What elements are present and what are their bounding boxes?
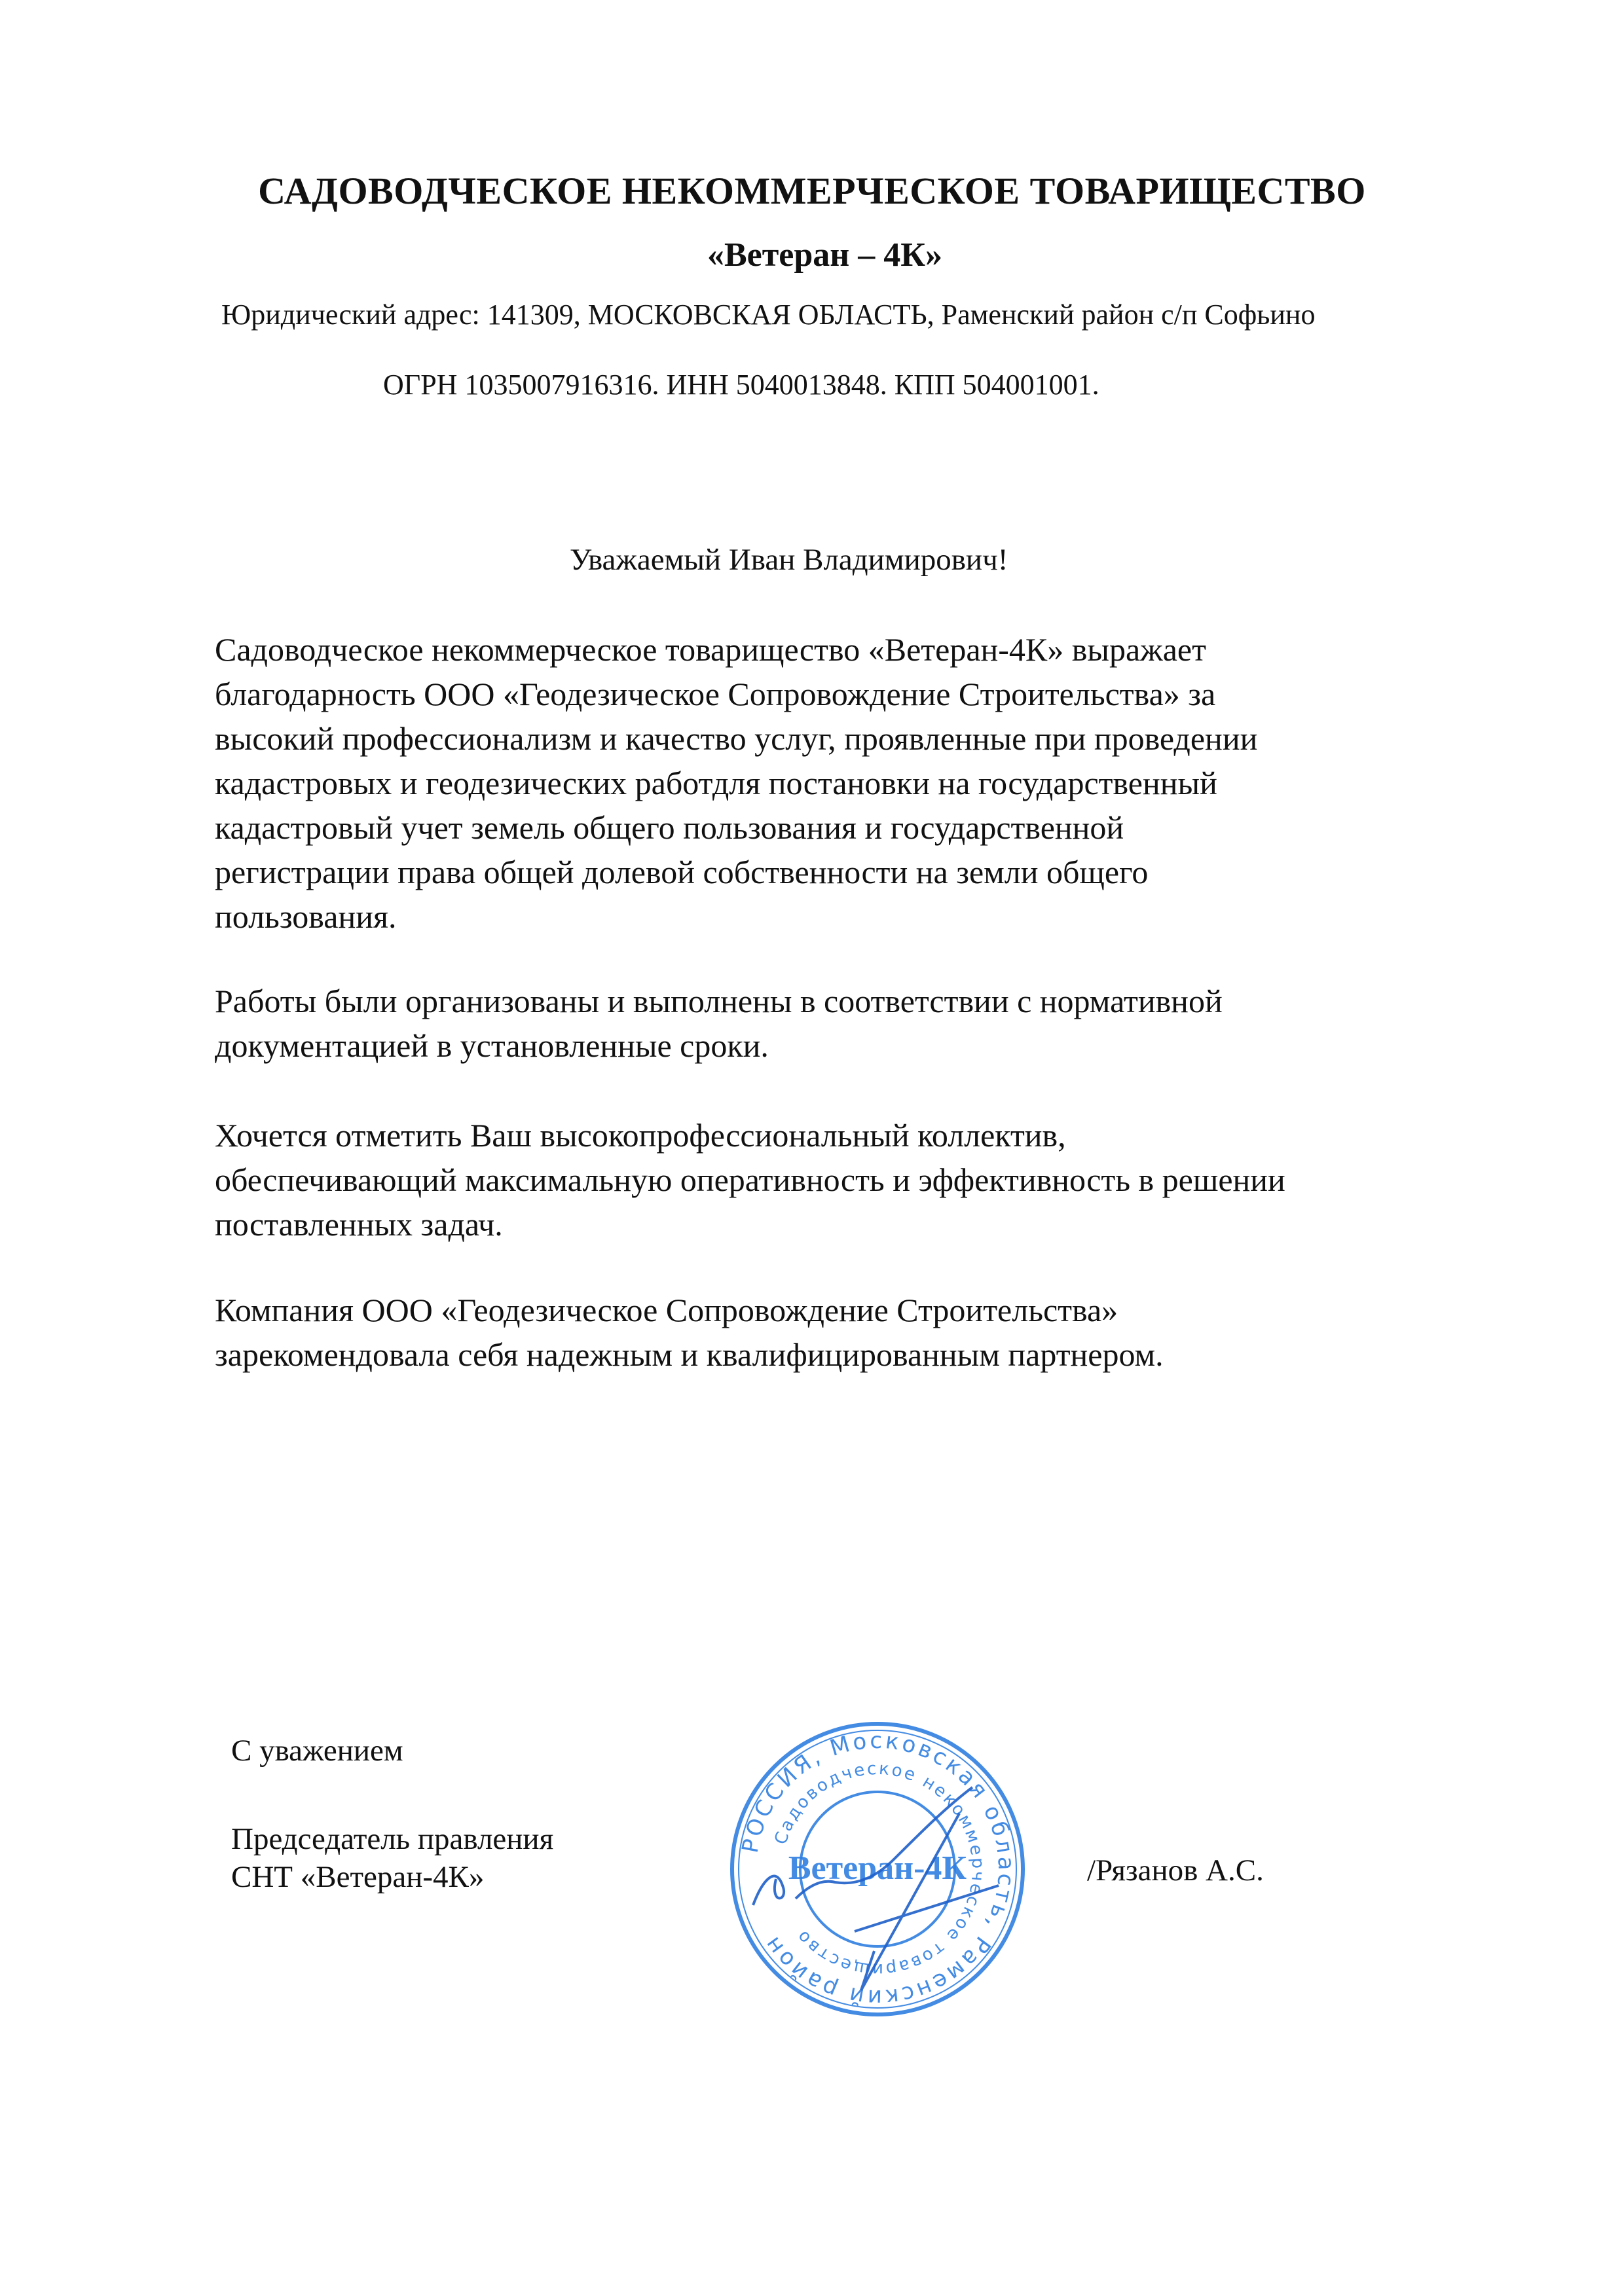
- text-line: кадастровых и геодезических работдля пос…: [215, 761, 1257, 805]
- text-line: Компания ООО «Геодезическое Сопровождени…: [215, 1288, 1164, 1332]
- text-line: Работы были организованы и выполнены в с…: [215, 979, 1223, 1023]
- stamp-seal-icon: РОССИЯ, Московская область, Раменский ра…: [724, 1715, 1031, 2023]
- text-line: кадастровый учет земель общего пользован…: [215, 805, 1257, 850]
- letterhead-address: Юридический адрес: 141309, МОСКОВСКАЯ ОБ…: [221, 298, 1315, 331]
- letterhead-org-name: «Ветеран – 4К»: [707, 236, 942, 274]
- text-line: высокий профессионализм и качество услуг…: [215, 716, 1257, 761]
- greeting: Уважаемый Иван Владимирович!: [570, 542, 1008, 577]
- svg-text:Ветеран-4К: Ветеран-4К: [788, 1850, 967, 1887]
- body-paragraph-1: Садоводческое некоммерческое товариществ…: [215, 627, 1257, 939]
- text-line: Хочется отметить Ваш высокопрофессиональ…: [215, 1113, 1285, 1157]
- body-paragraph-2: Работы были организованы и выполнены в с…: [215, 979, 1223, 1068]
- text-line: пользования.: [215, 894, 1257, 939]
- signature-regards: С уважением: [231, 1732, 403, 1770]
- text-line: Садоводческое некоммерческое товариществ…: [215, 627, 1257, 672]
- signature-position-line-1: Председатель правления: [231, 1820, 553, 1858]
- text-line: зарекомендовала себя надежным и квалифиц…: [215, 1332, 1164, 1377]
- text-line: обеспечивающий максимальную оперативност…: [215, 1157, 1285, 1202]
- text-line: поставленных задач.: [215, 1202, 1285, 1247]
- text-line: благодарность ООО «Геодезическое Сопрово…: [215, 672, 1257, 716]
- text-line: документацией в установленные сроки.: [215, 1023, 1223, 1068]
- signature-position-line-2: СНТ «Ветеран-4К»: [231, 1858, 553, 1896]
- signature-name: /Рязанов А.С.: [1087, 1853, 1264, 1888]
- text-line: регистрации права общей долевой собствен…: [215, 850, 1257, 894]
- official-stamp: РОССИЯ, Московская область, Раменский ра…: [724, 1715, 1031, 2023]
- body-paragraph-3: Хочется отметить Ваш высокопрофессиональ…: [215, 1113, 1285, 1247]
- letterhead-registration: ОГРН 1035007916316. ИНН 5040013848. КПП …: [383, 368, 1099, 401]
- body-paragraph-4: Компания ООО «Геодезическое Сопровождени…: [215, 1288, 1164, 1377]
- signature-position: Председатель правления СНТ «Ветеран-4К»: [231, 1820, 553, 1896]
- letterhead-org-type: САДОВОДЧЕСКОЕ НЕКОММЕРЧЕСКОЕ ТОВАРИЩЕСТВ…: [0, 169, 1624, 213]
